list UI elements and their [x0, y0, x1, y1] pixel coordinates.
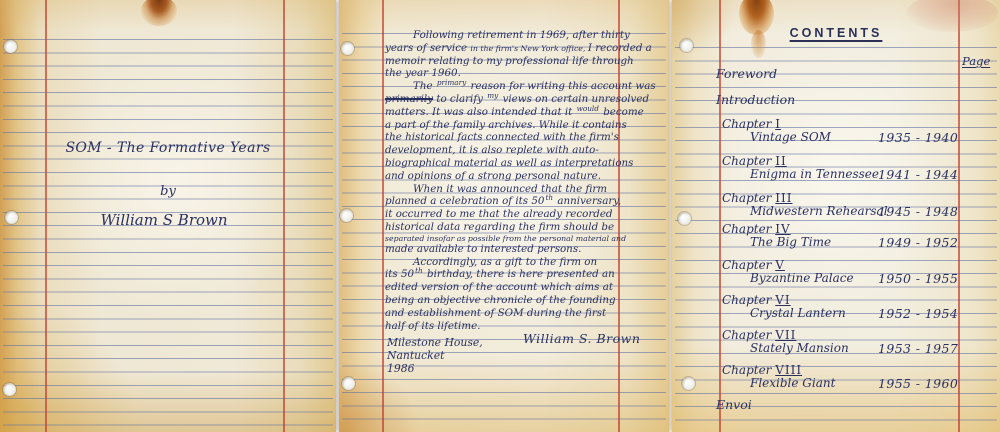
- chapter-title: Byzantine Palace: [750, 271, 854, 285]
- margin-line: [719, 0, 721, 432]
- hole-punch: [3, 383, 16, 396]
- manuscript-line: its 50th birthday, there is here present…: [385, 268, 667, 281]
- contents-entry-chapter-4: Chapter IV The Big Time 1949 - 1952: [722, 222, 992, 250]
- colophon-year: 1986: [387, 362, 483, 375]
- title-page: SOM - The Formative Years by William S B…: [0, 0, 336, 432]
- manuscript-line: and opinions of a strong personal nature…: [385, 170, 667, 183]
- manuscript-inserted-line: separated insofar as possible from the p…: [385, 234, 667, 243]
- manuscript-line: the year 1960.: [385, 67, 667, 80]
- manuscript-line: the historical facts connected with the …: [385, 131, 667, 144]
- contents-entry-chapter-5: Chapter V Byzantine Palace 1950 - 1955: [722, 258, 992, 286]
- chapter-years: 1952 - 1954: [878, 306, 958, 321]
- contents-entry-chapter-3: Chapter III Midwestern Rehearsal 1945 - …: [722, 191, 992, 219]
- chapter-title: Vintage SOM: [750, 130, 831, 144]
- chapter-title: Crystal Lantern: [750, 306, 846, 320]
- chapter-years: 1945 - 1948: [878, 204, 958, 219]
- chapter-years: 1935 - 1940: [878, 130, 958, 145]
- hole-punch: [340, 209, 353, 222]
- chapter-years: 1953 - 1957: [878, 341, 958, 356]
- contents-entry-foreword: Foreword: [716, 66, 777, 81]
- hole-punch: [4, 40, 17, 53]
- manuscript-line: made available to interested persons.: [385, 243, 667, 256]
- margin-line: [382, 0, 384, 432]
- colophon-town: Nantucket: [387, 349, 483, 362]
- chapter-title: The Big Time: [750, 235, 831, 249]
- manuscript-line: historical data regarding the firm shoul…: [385, 221, 667, 234]
- manuscript-line: a part of the family archives. While it …: [385, 119, 667, 132]
- chapter-title: Midwestern Rehearsal: [750, 204, 888, 218]
- contents-entry-chapter-7: Chapter VII Stately Mansion 1953 - 1957: [722, 328, 992, 356]
- contents-entry-chapter-8: Chapter VIII Flexible Giant 1955 - 1960: [722, 363, 992, 391]
- contents-entry-chapter-1: Chapter I Vintage SOM 1935 - 1940: [722, 117, 992, 145]
- stain: [141, 0, 177, 26]
- manuscript-line: years of service in the firm's New York …: [385, 42, 667, 55]
- chapter-years: 1950 - 1955: [878, 271, 958, 286]
- chapter-years: 1941 - 1944: [878, 167, 958, 182]
- hole-punch: [680, 39, 693, 52]
- manuscript-line: edited version of the account which aims…: [385, 281, 667, 294]
- manuscript-line: primarily to clarify my views on certain…: [385, 93, 667, 106]
- contents-entry-chapter-6: Chapter VI Crystal Lantern 1952 - 1954: [722, 293, 992, 321]
- book-title: SOM - The Formative Years: [0, 140, 336, 156]
- page-column-label: Page: [962, 54, 990, 68]
- chapter-title: Stately Mansion: [750, 341, 849, 355]
- chapter-title: Flexible Giant: [750, 376, 835, 390]
- manuscript-line: Following retirement in 1969, after thir…: [385, 29, 667, 42]
- manuscript-line: being an objective chronicle of the foun…: [385, 294, 667, 307]
- author-name: William S Brown: [0, 211, 328, 229]
- contents-entry-envoi: Envoi: [716, 397, 752, 412]
- contents-entry-chapter-2: Chapter II Enigma in Tennessee 1941 - 19…: [722, 154, 992, 182]
- manuscript-line: development, it is also replete with aut…: [385, 144, 667, 157]
- manuscript-line: matters. It was also intended that it wo…: [385, 106, 667, 119]
- chapter-years: 1955 - 1960: [878, 376, 958, 391]
- manuscript-line: When it was announced that the firm: [385, 183, 667, 196]
- foreword-text: Following retirement in 1969, after thir…: [385, 29, 667, 332]
- signature: William S. Brown: [523, 331, 640, 346]
- contents-heading: CONTENTS: [672, 26, 1000, 40]
- hole-punch: [682, 377, 695, 390]
- colophon: Milestone House, Nantucket 1986: [387, 336, 483, 375]
- contents-page: CONTENTS Page Foreword Introduction Chap…: [672, 0, 1000, 432]
- colophon-house: Milestone House,: [387, 336, 483, 349]
- manuscript-line: The primary reason for writing this acco…: [385, 80, 667, 93]
- hole-punch: [342, 377, 355, 390]
- manuscript-line: it occurred to me that the already recor…: [385, 208, 667, 221]
- hole-punch: [341, 42, 354, 55]
- manuscript-line: biographical material as well as interpr…: [385, 157, 667, 170]
- hole-punch: [678, 212, 691, 225]
- manuscript-line: planned a celebration of its 50th annive…: [385, 195, 667, 208]
- chapter-years: 1949 - 1952: [878, 235, 958, 250]
- manuscript-line: memoir relating to my professional life …: [385, 55, 667, 68]
- byline: by: [0, 184, 336, 199]
- chapter-title: Enigma in Tennessee: [750, 167, 879, 181]
- notebook-scan: SOM - The Formative Years by William S B…: [0, 0, 1000, 432]
- manuscript-line: and establishment of SOM during the firs…: [385, 307, 667, 320]
- contents-entry-introduction: Introduction: [716, 92, 795, 107]
- manuscript-line: Accordingly, as a gift to the firm on: [385, 256, 667, 269]
- foreword-page: Following retirement in 1969, after thir…: [339, 0, 669, 432]
